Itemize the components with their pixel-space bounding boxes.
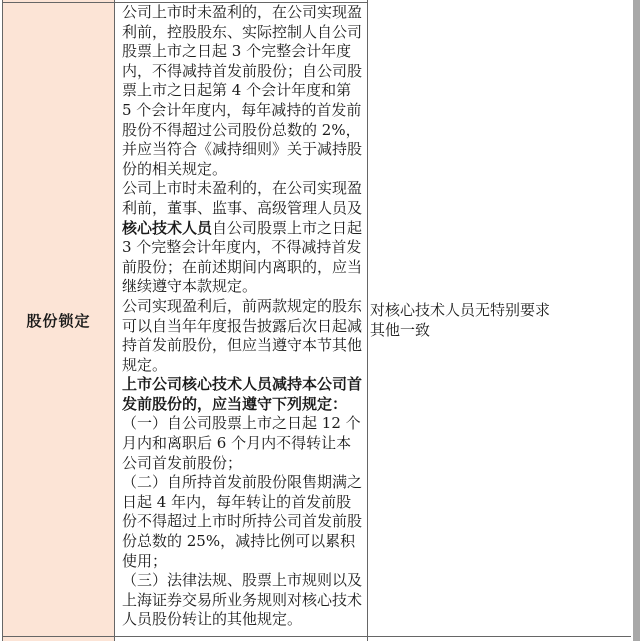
row-header-label: 股份锁定 (26, 310, 90, 331)
paragraph-2-core-tech-bold: 核心技术人员 (122, 219, 212, 237)
page-edge-strip (633, 0, 640, 641)
paragraph-rule-three: （三）法律法规、股票上市规则以及上海证券交易所业务规则对核心技术人员股份转让的其… (122, 571, 363, 630)
paragraph-after-profit: 公司实现盈利后，前两款规定的股东可以自当年年度报告披露后次日起减持首发前股份，但… (122, 297, 363, 375)
paragraph-rule-one: （一）自公司股票上市之日起 12 个月内和离职后 6 个月内不得转让本公司首发前… (122, 414, 363, 473)
paragraph-core-tech-rules-heading: 上市公司核心技术人员减持本公司首发前股份的，应当遵守下列规定： (122, 375, 363, 414)
document-page: 股份锁定 公司上市时未盈利的，在公司实现盈利前，控股股东、实际控制人自公司股票上… (0, 0, 640, 641)
table-border-bottom (2, 636, 631, 637)
comparison-line-1: 对核心技术人员无特别要求 (370, 301, 631, 321)
paragraph-rule-two: （二）自所持首发前股份限售期满之日起 4 年内，每年转让的首发前股份不得超过上市… (122, 473, 363, 571)
paragraph-2-pre: 公司上市时未盈利的，在公司实现盈利前，董事、监事、高级管理人员及 (122, 179, 362, 217)
paragraph-unprofitable-controllers: 公司上市时未盈利的，在公司实现盈利前，控股股东、实际控制人自公司股票上市之日起 … (122, 3, 363, 179)
comparison-cell: 对核心技术人员无特别要求 其他一致 (368, 0, 631, 641)
table-border-top (2, 2, 368, 3)
comparison-line-2: 其他一致 (370, 321, 631, 341)
rule-text-cell: 公司上市时未盈利的，在公司实现盈利前，控股股东、实际控制人自公司股票上市之日起 … (115, 0, 368, 641)
paragraph-unprofitable-executives: 公司上市时未盈利的，在公司实现盈利前，董事、监事、高级管理人员及核心技术人员自公… (122, 179, 363, 297)
row-header-cell: 股份锁定 (2, 0, 115, 641)
